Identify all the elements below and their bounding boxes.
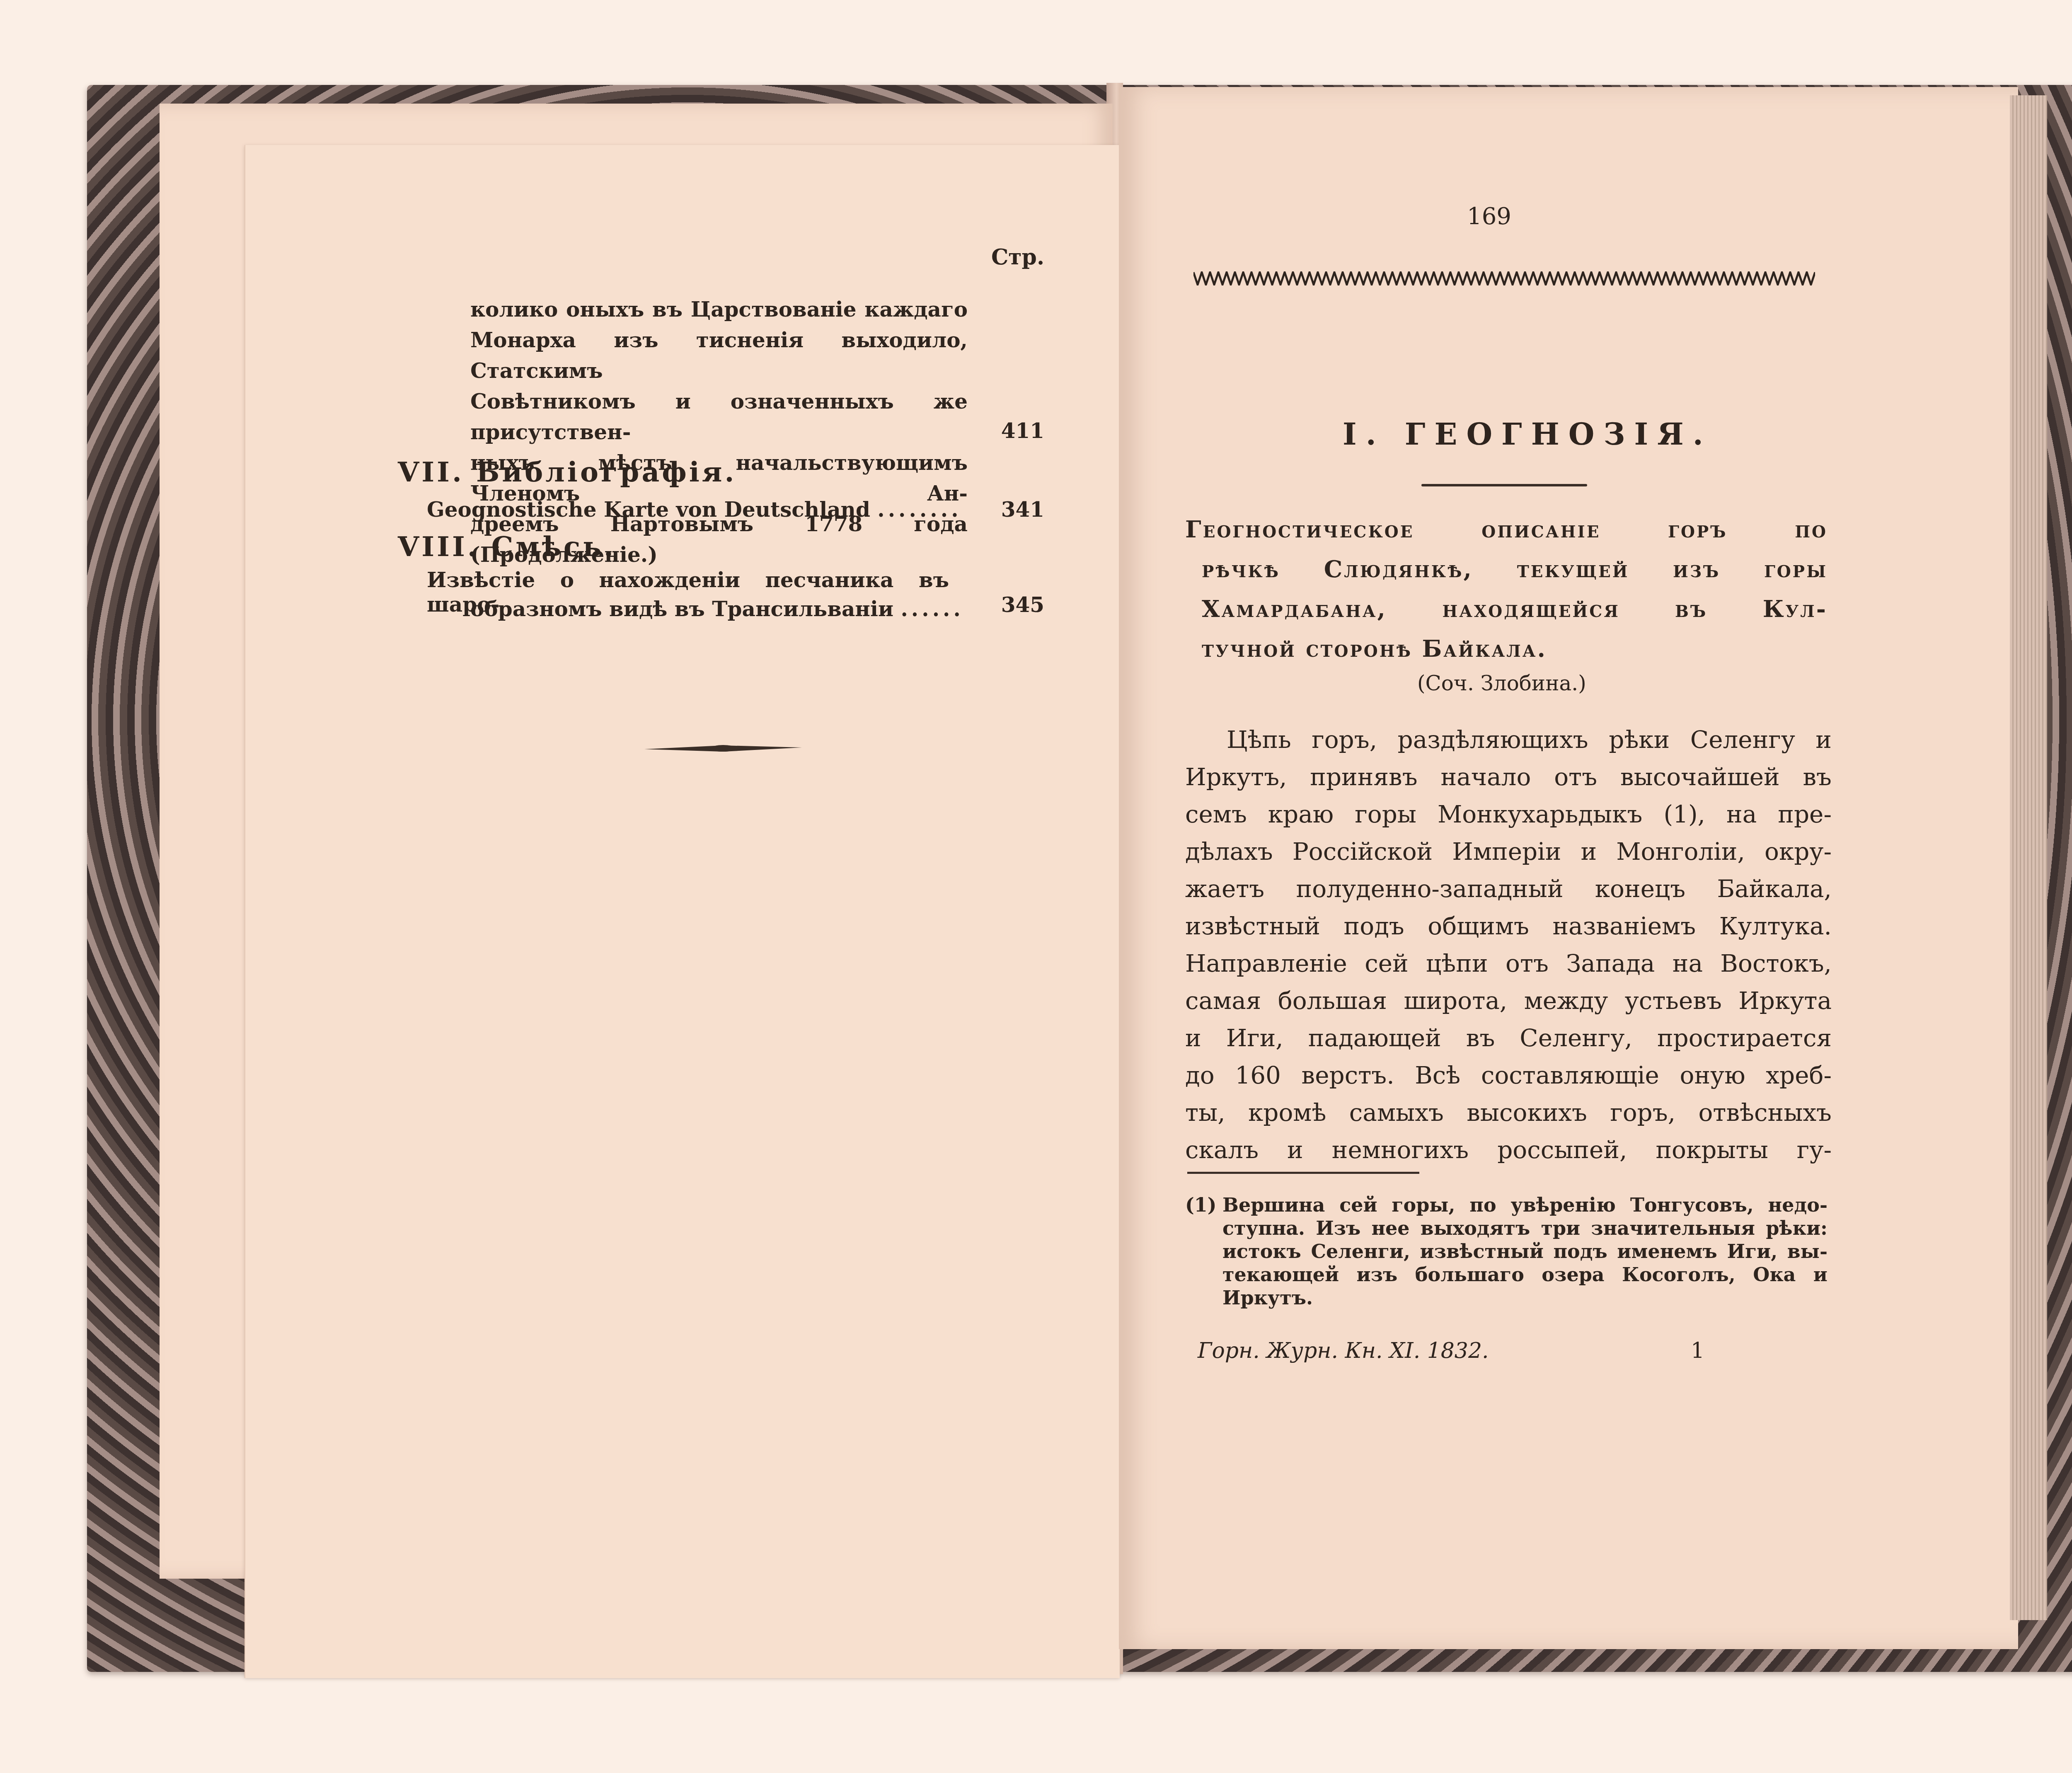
footnote-marker: (1) (1185, 1193, 1217, 1217)
page-number: 169 (1467, 203, 1511, 230)
body-line: ты, кромѣ самыхъ высокихъ горъ, отвѣсных… (1185, 1094, 1832, 1131)
footnote-line: текающей изъ большаго озера Косоголъ, Ок… (1222, 1263, 1828, 1286)
body-line: до 160 верстъ. Всѣ составляющіе оную хре… (1185, 1057, 1832, 1094)
toc-line: Монарха изъ тисненія выходило, Статскимъ (470, 325, 968, 386)
chapter-rule (1421, 484, 1587, 486)
tapered-rule-ornament (644, 744, 802, 752)
toc-line: колико оныхъ въ Царствованіе каждаго (470, 294, 968, 325)
toc-entry-continued: колико оныхъ въ Царствованіе каждаго Мон… (470, 294, 968, 570)
signature-mark: 1 (1691, 1338, 1704, 1363)
body-line: и Иги, падающей въ Селенгу, простирается (1185, 1019, 1832, 1057)
toc-page-number: 345 (1001, 593, 1044, 617)
article-title-line: тучной сторонѣ Байкала. (1185, 629, 1828, 669)
body-line: Иркутъ, принявъ начало отъ высочайшей въ (1185, 758, 1832, 796)
footnote: (1) Вершина сей горы, по увѣренію Тонгус… (1185, 1193, 1828, 1309)
toc-entry-title: Geognostische Karte von Deutschland (427, 497, 870, 522)
body-text: Цѣпь горъ, раздѣляющихъ рѣки Селенгу и И… (1185, 721, 1832, 1168)
body-line: скалъ и немногихъ россыпей, покрыты гу- (1185, 1131, 1832, 1168)
zigzag-rule-ornament (1193, 271, 1815, 285)
toc-entry: образномъ видѣ въ Трансильваніи ...... (470, 597, 964, 621)
body-line: извѣстный подъ общимъ названіемъ Култука… (1185, 907, 1832, 945)
body-line: семъ краю горы Монкухарьдыкъ (1), на пре… (1185, 796, 1832, 833)
toc-entry-title: образномъ видѣ въ Трансильваніи (470, 597, 893, 621)
body-line: дѣлахъ Россійской Имперіи и Монголіи, ок… (1185, 833, 1832, 870)
footnote-line: Вершина сей горы, по увѣренію Тонгусовъ,… (1222, 1193, 1828, 1217)
toc-page-number: 341 (1001, 497, 1044, 522)
article-author: (Соч. Злобина.) (1417, 671, 1586, 695)
body-line: жаетъ полуденно-западный конецъ Байкала, (1185, 870, 1832, 907)
article-title: Геогностическое описаніе горъ по рѣчкѣ С… (1185, 510, 1828, 669)
toc-leader: ...... (900, 597, 963, 621)
footnote-rule (1187, 1172, 1419, 1174)
footnote-line: истокъ Селенги, извѣстный подъ именемъ И… (1222, 1240, 1828, 1263)
article-title-line: Геогностическое описаніе горъ по (1185, 510, 1828, 549)
article-title-line: рѣчкѣ Слюдянкѣ, текущей изъ горы (1185, 549, 1828, 589)
body-line: Направленіе сей цѣпи отъ Запада на Восто… (1185, 945, 1832, 982)
footnote-line: ступна. Изъ нее выходятъ три значительны… (1222, 1217, 1828, 1240)
page-column-label: Стр. (991, 244, 1044, 270)
toc-leader: ........ (877, 497, 961, 522)
signature-line: Горн. Журн. Кн. XI. 1832. (1198, 1338, 1489, 1363)
chapter-title: I. ГЕОГНОЗІЯ. (1343, 416, 1712, 452)
body-line: самая большая широта, между устьевъ Ирку… (1185, 982, 1832, 1019)
toc-line: Совѣтникомъ и означенныхъ же присутствен… (470, 386, 968, 447)
body-line: Цѣпь горъ, раздѣляющихъ рѣки Селенгу и (1185, 721, 1832, 758)
toc-entry: Geognostische Karte von Deutschland ....… (427, 497, 962, 522)
article-title-line: Хамардабана, находящейся въ Кул- (1185, 589, 1828, 629)
toc-section-heading: VII. Библіографія. (398, 456, 737, 488)
toc-page-number: 411 (1001, 418, 1044, 443)
footnote-line: Иркутъ. (1222, 1286, 1828, 1309)
page-fore-edge (2010, 95, 2047, 1620)
toc-section-heading: VIII. Смѣсь. (398, 530, 616, 563)
